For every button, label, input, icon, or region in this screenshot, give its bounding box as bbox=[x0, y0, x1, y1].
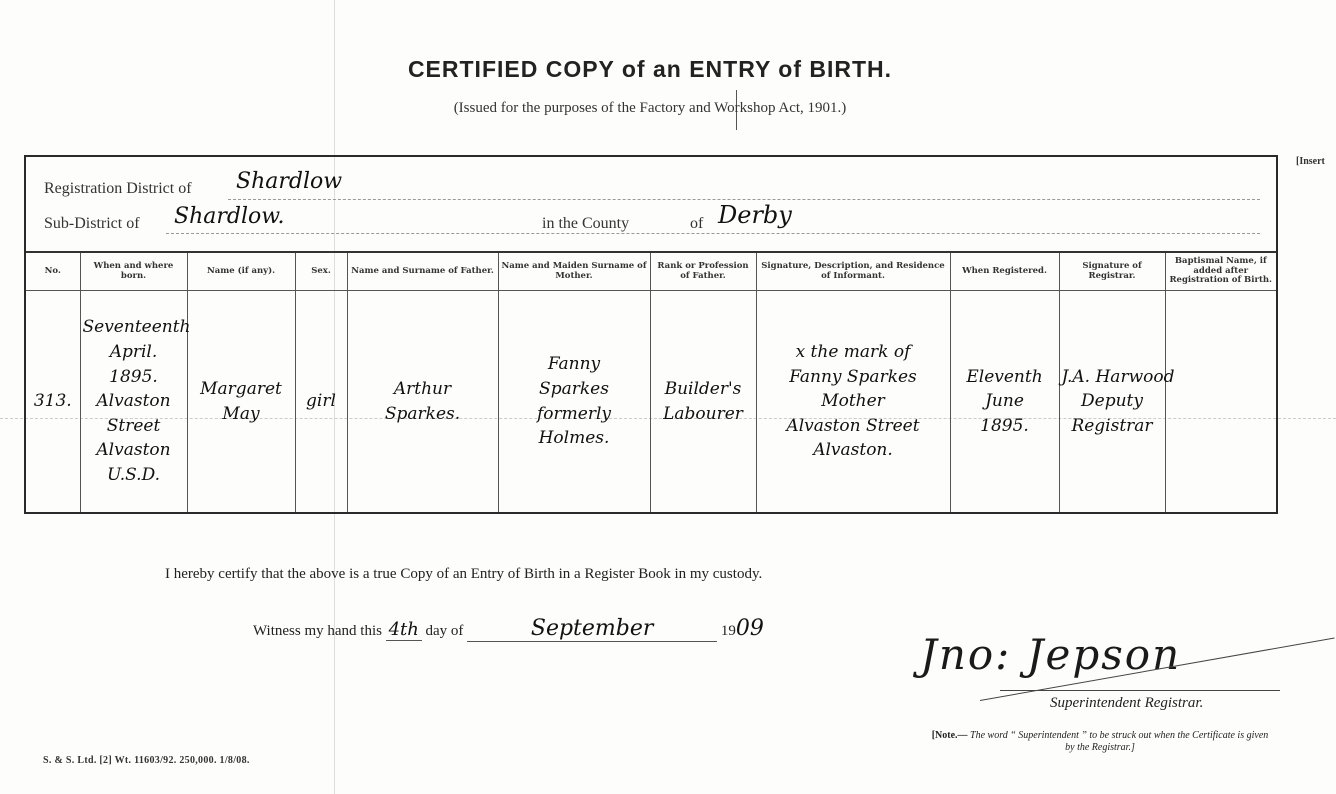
table-header-row: No. When and where born. Name (if any). … bbox=[26, 252, 1276, 291]
column-header-father: Name and Surname of Father. bbox=[347, 252, 498, 291]
witness-prefix: Witness my hand this bbox=[253, 623, 382, 639]
column-header-when-where-born: When and where born. bbox=[80, 252, 187, 291]
document-subtitle: (Issued for the purposes of the Factory … bbox=[0, 100, 1300, 117]
cell-name: Margaret May bbox=[187, 291, 295, 513]
column-header-informant: Signature, Description, and Residence of… bbox=[756, 252, 950, 291]
printer-footer: S. & S. Ltd. [2] Wt. 11603/92. 250,000. … bbox=[43, 755, 250, 766]
cell-registrar-signature: J.A. Harwood Deputy Registrar bbox=[1059, 291, 1165, 513]
witness-year-suffix: 09 bbox=[736, 616, 764, 641]
witness-year-prefix: 19 bbox=[721, 623, 736, 639]
column-header-mother: Name and Maiden Surname of Mother. bbox=[498, 252, 650, 291]
cell-sex: girl bbox=[295, 291, 347, 513]
sub-district-line bbox=[166, 233, 1260, 234]
note-prefix: [Note.— bbox=[932, 730, 968, 741]
column-header-registrar-signature: Signature of Registrar. bbox=[1059, 252, 1165, 291]
note-text-block: [Note.— The word “ Superintendent ” to b… bbox=[930, 730, 1270, 754]
witness-day: 4th bbox=[386, 619, 422, 641]
sub-district-label: Sub-District of bbox=[44, 215, 140, 233]
registration-district-line bbox=[228, 199, 1260, 200]
registration-district-value: Shardlow bbox=[236, 169, 342, 194]
cell-baptismal-name bbox=[1165, 291, 1276, 513]
register-entry-box: Registration District of Shardlow Sub-Di… bbox=[24, 155, 1278, 514]
column-header-baptismal-name: Baptismal Name, if added after Registrat… bbox=[1165, 252, 1276, 291]
table-row: 313. Seventeenth April. 1895. Alvaston S… bbox=[26, 291, 1276, 513]
cell-when-where-born: Seventeenth April. 1895. Alvaston Street… bbox=[80, 291, 187, 513]
witness-day-of-label: day of bbox=[425, 623, 463, 639]
county-of-label: of bbox=[690, 215, 703, 233]
county-label: in the County bbox=[542, 215, 629, 233]
certification-statement: I hereby certify that the above is a tru… bbox=[165, 566, 762, 583]
witness-line: Witness my hand this 4th day of Septembe… bbox=[253, 616, 764, 642]
witness-month: September bbox=[467, 616, 717, 642]
column-header-name: Name (if any). bbox=[187, 252, 295, 291]
column-header-father-profession: Rank or Profession of Father. bbox=[650, 252, 756, 291]
signature-line bbox=[1000, 690, 1280, 691]
cell-entry-no: 313. bbox=[26, 291, 80, 513]
signatory-title: Superintendent Registrar. bbox=[1050, 695, 1203, 712]
superintendent-signature: Jno: Jepson bbox=[920, 630, 1320, 679]
cell-informant: x the mark of Fanny Sparkes Mother Alvas… bbox=[756, 291, 950, 513]
cell-father-profession: Builder's Labourer bbox=[650, 291, 756, 513]
column-header-no: No. bbox=[26, 252, 80, 291]
registration-district-label: Registration District of bbox=[44, 180, 192, 198]
document-title: CERTIFIED COPY of an ENTRY of BIRTH. bbox=[0, 56, 1300, 83]
cell-when-registered: Eleventh June 1895. bbox=[950, 291, 1059, 513]
sub-district-value: Shardlow. bbox=[174, 204, 284, 229]
cell-mother: Fanny Sparkes formerly Holmes. bbox=[498, 291, 650, 513]
column-header-when-registered: When Registered. bbox=[950, 252, 1059, 291]
margin-insert-note: [Insert bbox=[1296, 156, 1325, 167]
county-value: Derby bbox=[718, 201, 792, 229]
birth-entry-table: No. When and where born. Name (if any). … bbox=[26, 251, 1276, 512]
cell-father: Arthur Sparkes. bbox=[347, 291, 498, 513]
column-header-sex: Sex. bbox=[295, 252, 347, 291]
note-body: The word “ Superintendent ” to be struck… bbox=[970, 730, 1268, 753]
